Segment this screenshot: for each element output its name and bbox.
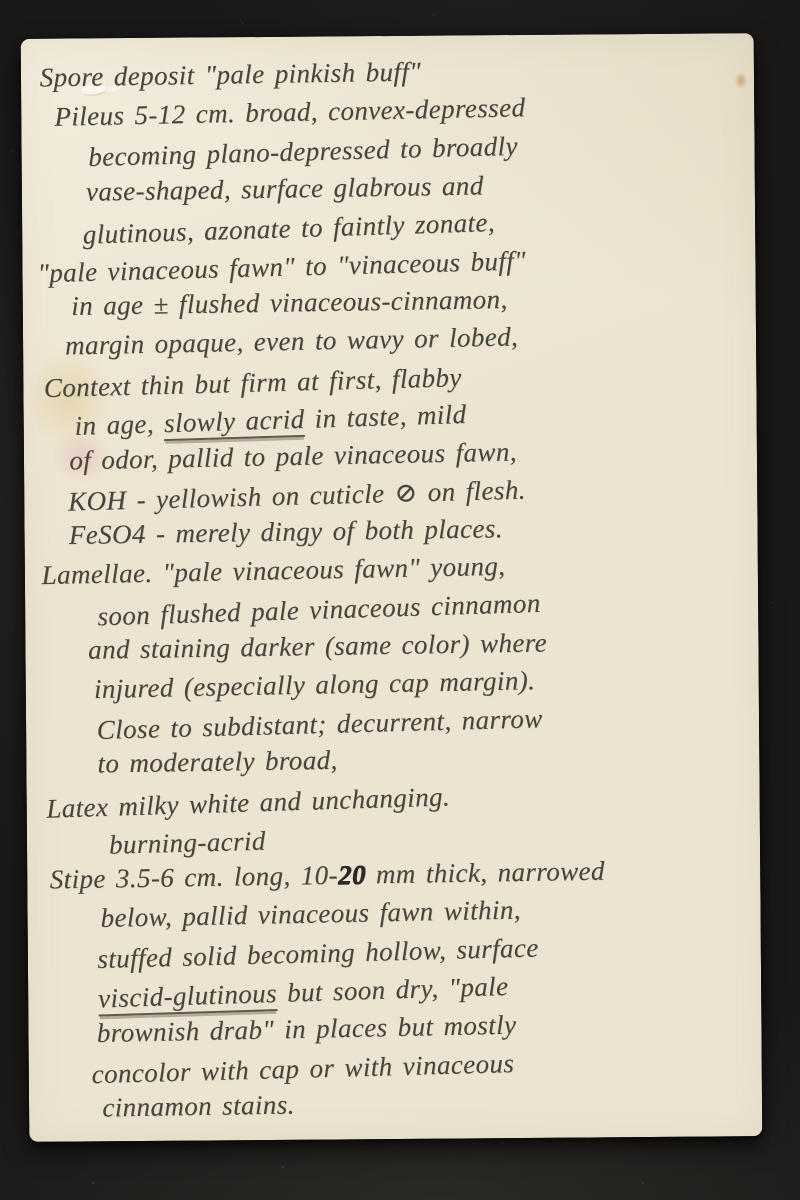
fabric-specks [0,0,2,2]
handwritten-text-segment: Spore deposit "pale pinkish buff" [39,56,421,92]
note-card: Spore deposit "pale pinkish buff"Pileus … [21,33,763,1142]
handwritten-text-segment: cinnamon stains. [102,1090,295,1123]
handwritten-text-segment: vase-shaped, surface glabrous and [86,170,484,206]
note-lines: Spore deposit "pale pinkish buff"Pileus … [31,50,760,1133]
handwritten-text-segment: and staining darker (same color) where [88,627,547,664]
handwritten-text-segment: in age ± flushed vinaceous-cinnamon, [71,284,508,321]
handwritten-text-segment: slowly acrid [164,404,305,441]
handwritten-text-segment: in age, [74,408,164,441]
handwritten-text-segment: to moderately broad, [97,745,338,779]
handwritten-text-segment: burning-acrid [109,825,266,859]
handwritten-text-segment: in taste, mild [304,399,467,434]
handwritten-text-segment: but soon dry, "pale [276,970,508,1007]
handwritten-text-segment: FeSO4 - merely dingy of both places. [69,513,503,550]
handwritten-text-segment: 20 [338,859,366,889]
handwritten-text-segment: viscid-glutinous [98,978,278,1016]
handwritten-text-segment: mm thick, narrowed [366,856,606,890]
handwritten-text-segment: Latex milky white and unchanging. [46,781,451,823]
photo-background: Spore deposit "pale pinkish buff"Pileus … [0,0,800,1200]
handwritten-text-segment: Stipe 3.5-6 cm. long, 10- [50,860,339,895]
